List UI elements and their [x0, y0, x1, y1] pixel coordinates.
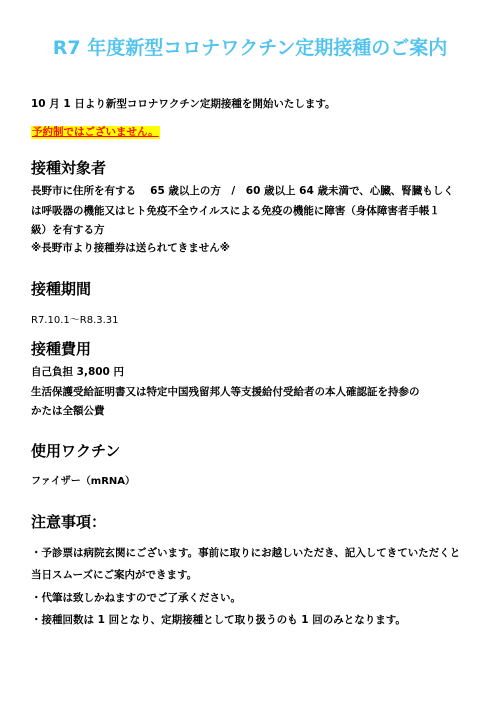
section-heading-target: 接種対象者	[31, 157, 106, 178]
target-text-line: 長野市に住所を有する 65 歳以上の方 / 60 歳以上 64 歳未満で、心臓、…	[31, 185, 454, 198]
target-text-line: 級）を有する方	[31, 224, 105, 237]
intro-text: 10 月 1 日より新型コロナワクチン定期接種を開始いたします。	[31, 98, 336, 111]
vaccine-value: ファイザー（mRNA）	[31, 475, 135, 488]
note-item: ・代筆は致しかねますのでご了承ください。	[31, 592, 241, 605]
target-ticket-note: ※長野市より接種券は送られてきません※	[31, 242, 230, 255]
section-heading-vaccine: 使用ワクチン	[31, 440, 120, 461]
no-reservation-notice: 予約制ではございません。	[31, 126, 160, 139]
note-item: 当日スムーズにご案内ができます。	[31, 569, 197, 582]
period-value: R7.10.1～R8.3.31	[31, 314, 119, 327]
cost-text-line: 自己負担 3,800 円	[31, 366, 124, 379]
page-title: R7 年度新型コロナワクチン定期接種のご案内	[0, 33, 500, 60]
section-heading-period: 接種期間	[31, 278, 91, 299]
note-item: ・予診票は病院玄関にございます。事前に取りにお越しいただき、記入してきていただく…	[31, 547, 460, 560]
note-item: ・接種回数は 1 回となり、定期接種として取り扱うのも 1 回のみとなります。	[31, 614, 406, 627]
cost-text-line: かたは全額公費	[31, 405, 105, 418]
target-text-line: は呼吸器の機能又はヒト免疫不全ウイルスによる免疫の機能に障害（身体障害者手帳１	[31, 205, 440, 218]
section-heading-cost: 接種費用	[31, 338, 91, 359]
section-heading-notes: 注意事項：	[31, 511, 106, 532]
cost-text-line: 生活保護受給証明書又は特定中国残留邦人等支援給付受給者の本人確認証を持参の	[31, 386, 420, 399]
